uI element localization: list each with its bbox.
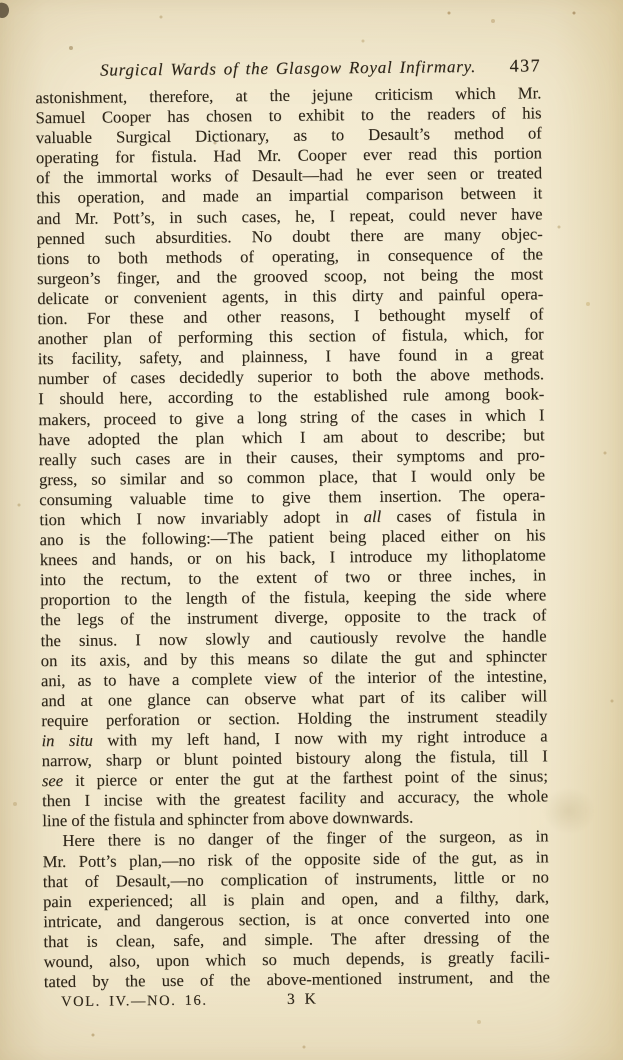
volume-issue-label: VOL. IV.—NO. 16. (61, 993, 208, 1011)
text-block: Surgical Wards of the Glasgow Royal Infi… (35, 56, 550, 1015)
page-body: astonishment, therefore, at the jejune c… (35, 83, 550, 992)
page-number: 437 (509, 55, 541, 76)
ink-bleed-smudge (543, 788, 595, 834)
running-header-title: Surgical Wards of the Glasgow Royal Infi… (35, 56, 541, 81)
page-footer: VOL. IV.—NO. 16. 3 K (44, 989, 550, 1016)
running-header: Surgical Wards of the Glasgow Royal Infi… (35, 56, 541, 83)
scanned-book-page: { "page": { "header": { "title": "Surgic… (0, 0, 623, 1060)
corner-ink-mark (0, 2, 11, 20)
printer-signature-mark: 3 K (287, 991, 319, 1009)
